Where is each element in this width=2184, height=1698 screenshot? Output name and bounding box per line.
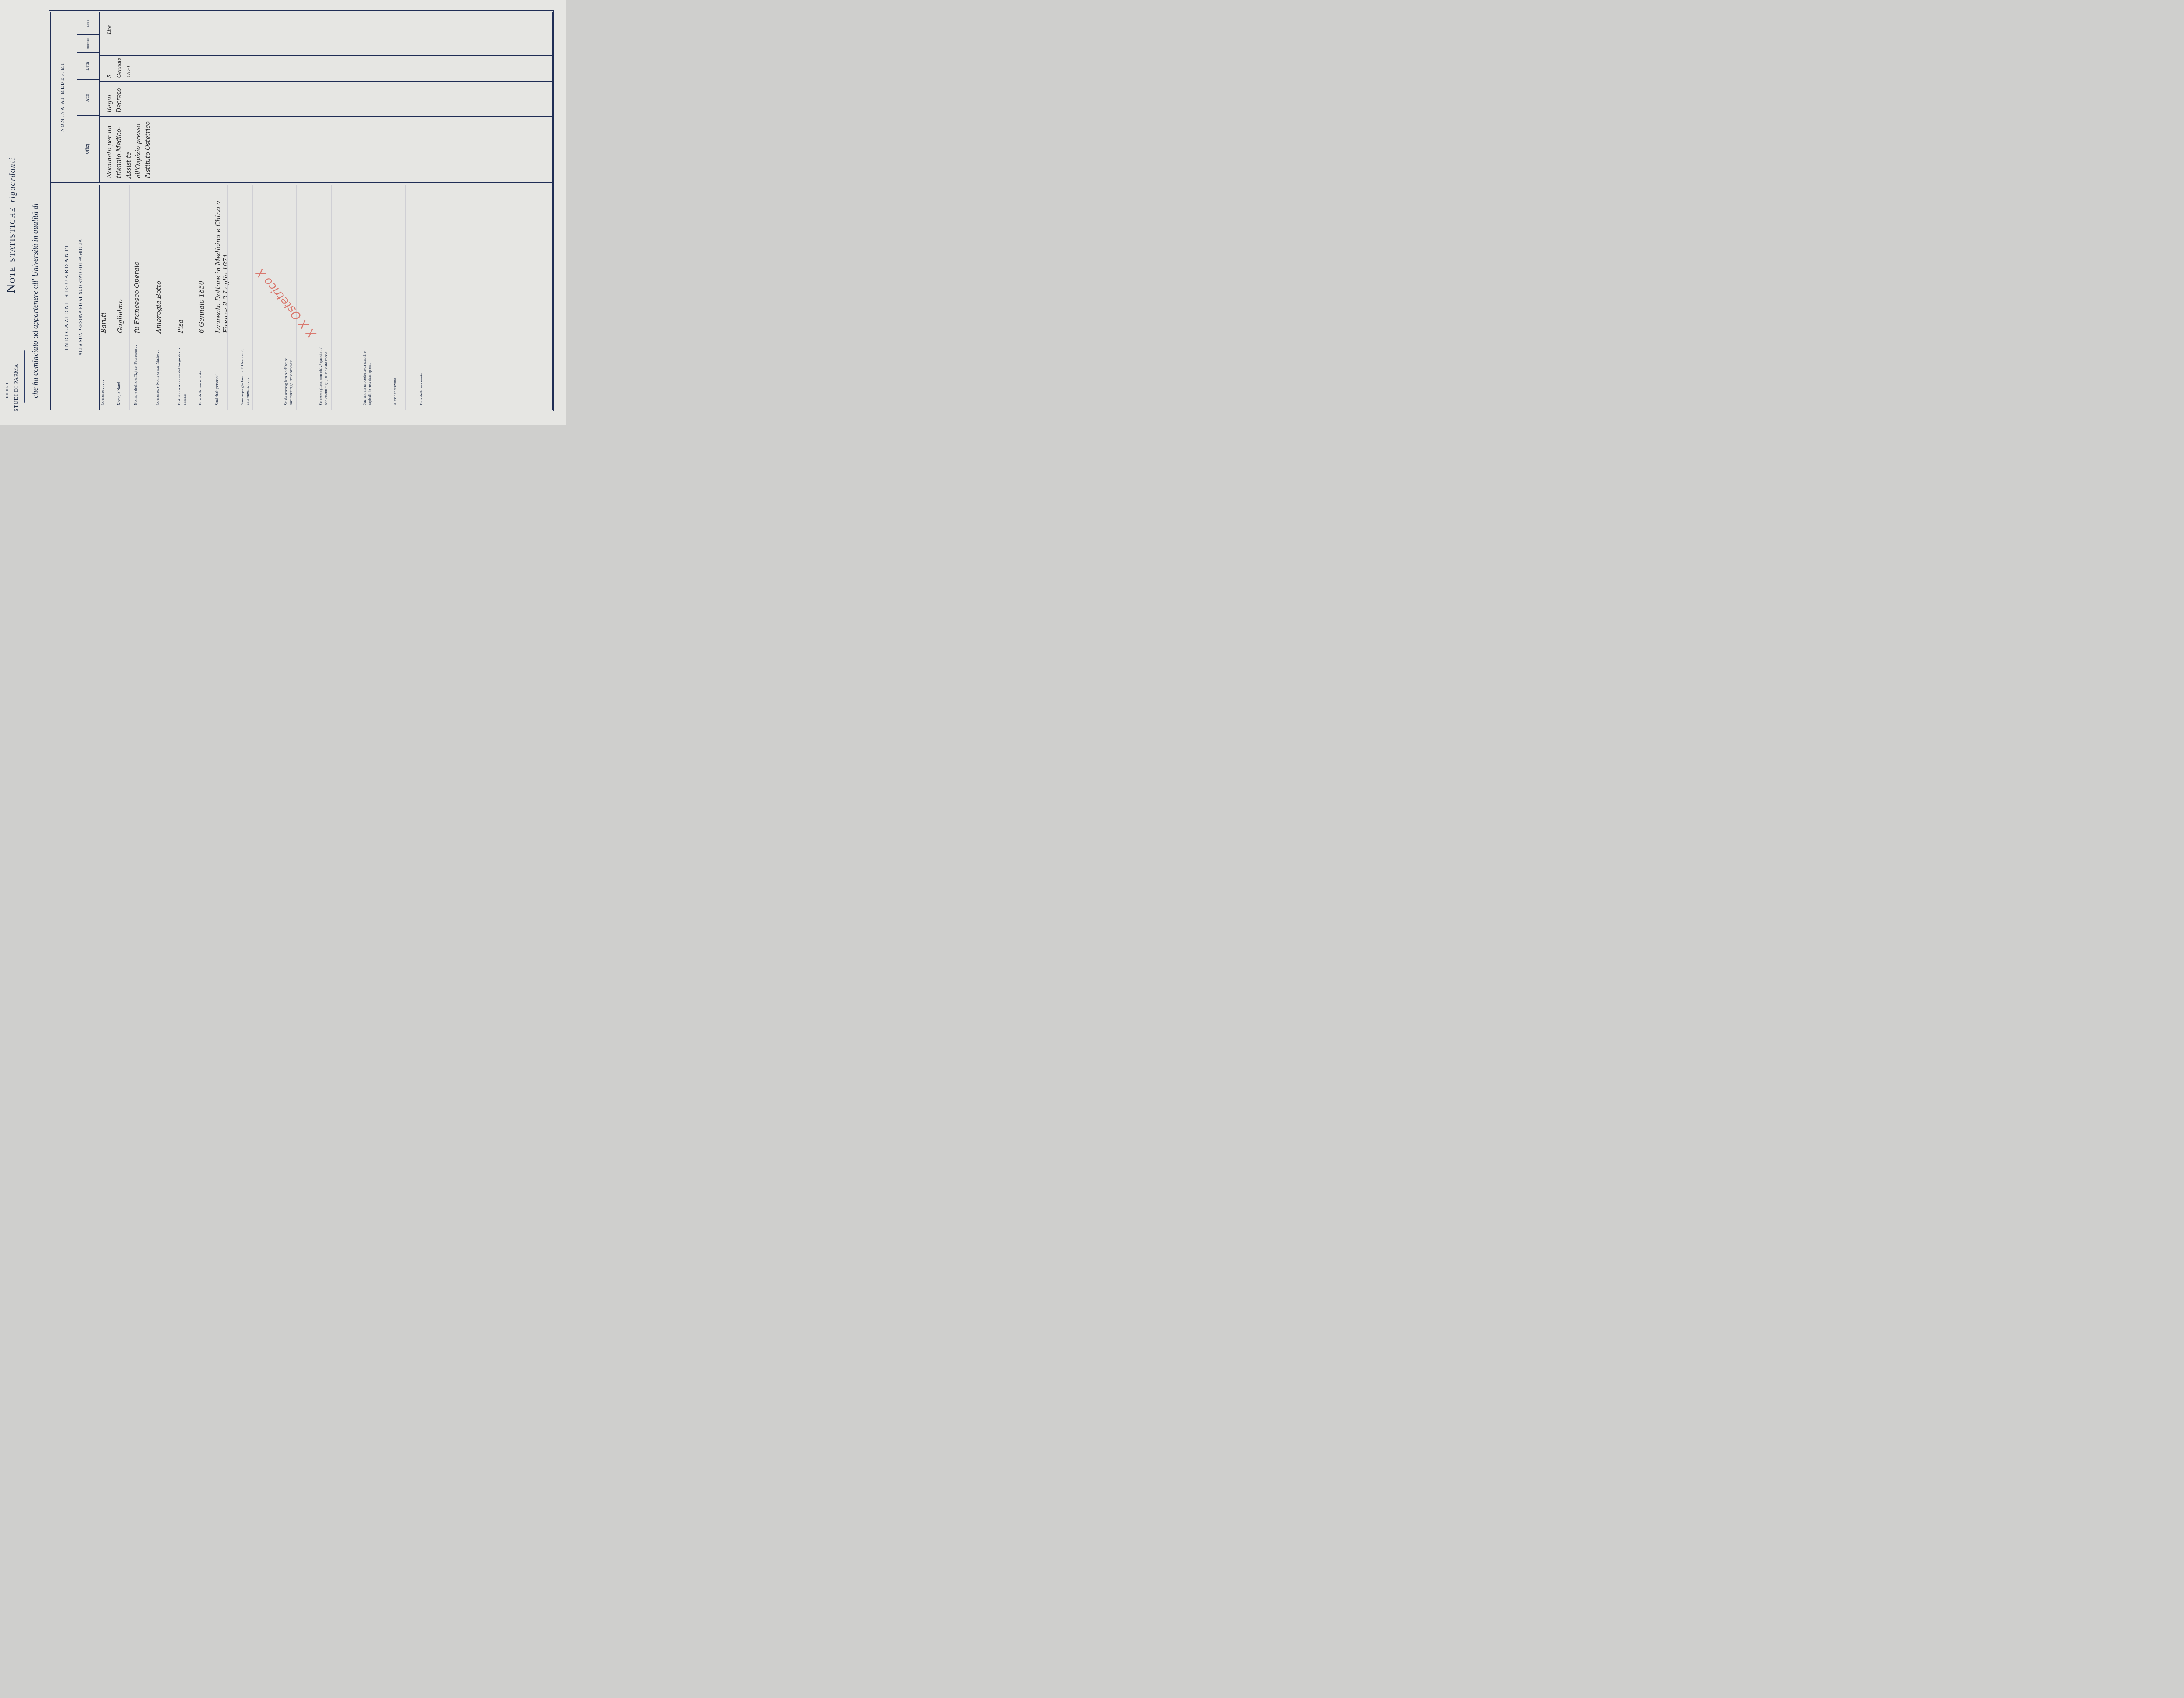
table-row: Suoi impieghi fuori dell' Università, in…: [239, 185, 250, 410]
row-label: Cognome, e Nome di sua Madre . . .: [155, 342, 162, 410]
table-row: Altre annotazioni . . .: [392, 185, 397, 410]
row-value: Baruti: [100, 185, 107, 342]
entry-stipendio: [100, 38, 552, 55]
document-sheet: DEGLI STUDI DI PARMA NOTE STATISTICHE ri…: [0, 0, 566, 424]
row-value: [318, 185, 328, 342]
entry-uffizj: Nominato per un triennio Medico-Assist.t…: [100, 116, 552, 182]
ruled-line: [375, 185, 375, 410]
row-label: Nome, e titoli o uffizj del Padre suo . …: [133, 342, 141, 410]
appointment-column-headers: Uffizj Atto Data Stipendio Lire e: [77, 12, 100, 182]
ruled-line: [252, 185, 253, 410]
ruled-line: [190, 185, 190, 410]
appointment-header: NOMINA AI MEDESIMI: [51, 12, 77, 182]
table-row: Distinta indicazione del luogo di sua na…: [176, 185, 187, 410]
row-value: Ambrogia Botto: [155, 185, 162, 342]
appointment-section: NOMINA AI MEDESIMI Uffizj Atto Data Stip…: [51, 12, 552, 183]
col-header-lire: Lire e: [77, 12, 99, 34]
table-row: Cognome . . . . .Baruti: [100, 185, 107, 410]
title-rest: OTE: [8, 266, 17, 283]
row-label: Data della sua morte. .: [418, 342, 424, 410]
ruled-line: [405, 185, 406, 410]
personal-info-header: INDICAZIONI RIGUARDANTI ALLA SUA PERSONA…: [51, 185, 100, 410]
table-row: Cognome, e Nome di sua Madre . . .Ambrog…: [155, 185, 162, 410]
ruled-line: [432, 185, 432, 410]
title-statistiche: STATISTICHE: [8, 207, 17, 262]
appointment-heading: NOMINA AI MEDESIMI: [60, 12, 65, 182]
col-header-uffizj: Uffizj: [77, 115, 99, 182]
row-label: Se sia ammogliato o celibe; se sacerdote…: [283, 342, 294, 410]
row-label: Cognome . . . . .: [100, 342, 107, 410]
table-row: Nome, e titoli o uffizj del Padre suo . …: [133, 185, 141, 410]
row-label: Se ammogliato, con chi . / quando . / co…: [318, 342, 328, 410]
title-initial: N: [3, 283, 18, 293]
row-label: Nome, o Nomi . . .: [116, 342, 124, 410]
row-value: Pisa: [176, 185, 187, 342]
row-label: Data della sua nascita .: [197, 342, 205, 410]
row-label: Sua entrata procedente da stabili o capi…: [362, 342, 372, 410]
row-value: 6 Gennaio 1850: [197, 185, 205, 342]
entry-data: 5 Gennaio 1874: [100, 55, 552, 81]
row-value: [239, 185, 250, 342]
personal-info-rows: Cognome . . . . .BarutiNome, o Nomi . . …: [100, 185, 552, 410]
row-value: fu Francesco Operaio: [133, 185, 141, 342]
ruled-line: [211, 185, 211, 410]
ruled-line: [296, 185, 297, 410]
section-subheading: ALLA SUA PERSONA ED AL SUO STATO DI FAMI…: [79, 185, 83, 410]
form-title: NOTE STATISTICHE riguardanti: [3, 157, 18, 294]
row-value: [392, 185, 397, 342]
institution-name: STUDI DI PARMA: [13, 363, 20, 411]
row-label: Distinta indicazione del luogo di sua na…: [176, 342, 187, 410]
row-value: Guglielmo: [116, 185, 124, 342]
appointment-entry: Nominato per un triennio Medico-Assist.t…: [100, 12, 552, 182]
ruled-line: [331, 185, 332, 410]
ornamental-rule: [24, 350, 25, 403]
table-row: Se ammogliato, con chi . / quando . / co…: [318, 185, 328, 410]
ruled-line: [129, 185, 130, 410]
col-header-atto: Atto: [77, 79, 99, 115]
entry-lire: Lire: [100, 12, 552, 38]
row-value: [418, 185, 424, 342]
table-row: Nome, o Nomi . . .Guglielmo: [116, 185, 124, 410]
col-header-stipendio: Stipendio: [77, 34, 99, 52]
title-tail: riguardanti: [8, 157, 17, 203]
col-header-data: Data: [77, 52, 99, 79]
entry-atto: Regio Decreto: [100, 81, 552, 116]
row-label: Suoi impieghi fuori dell' Università, in…: [239, 342, 250, 410]
ruled-line: [168, 185, 168, 410]
table-row: Sua entrata procedente da stabili o capi…: [362, 185, 372, 410]
section-heading: INDICAZIONI RIGUARDANTI: [63, 185, 70, 410]
personal-info-section: INDICAZIONI RIGUARDANTI ALLA SUA PERSONA…: [51, 185, 552, 410]
degli-label: DEGLI: [5, 382, 9, 398]
row-value: [362, 185, 372, 342]
ruled-line: [113, 185, 113, 410]
ruled-line: [227, 185, 228, 410]
table-row: Data della sua morte. .: [418, 185, 424, 410]
row-label: Altre annotazioni . . .: [392, 342, 397, 410]
form-subtitle: che ha cominciato ad appartenere all' Un…: [31, 203, 40, 398]
table-row: Data della sua nascita .6 Gennaio 1850: [197, 185, 205, 410]
ruled-line: [146, 185, 146, 410]
